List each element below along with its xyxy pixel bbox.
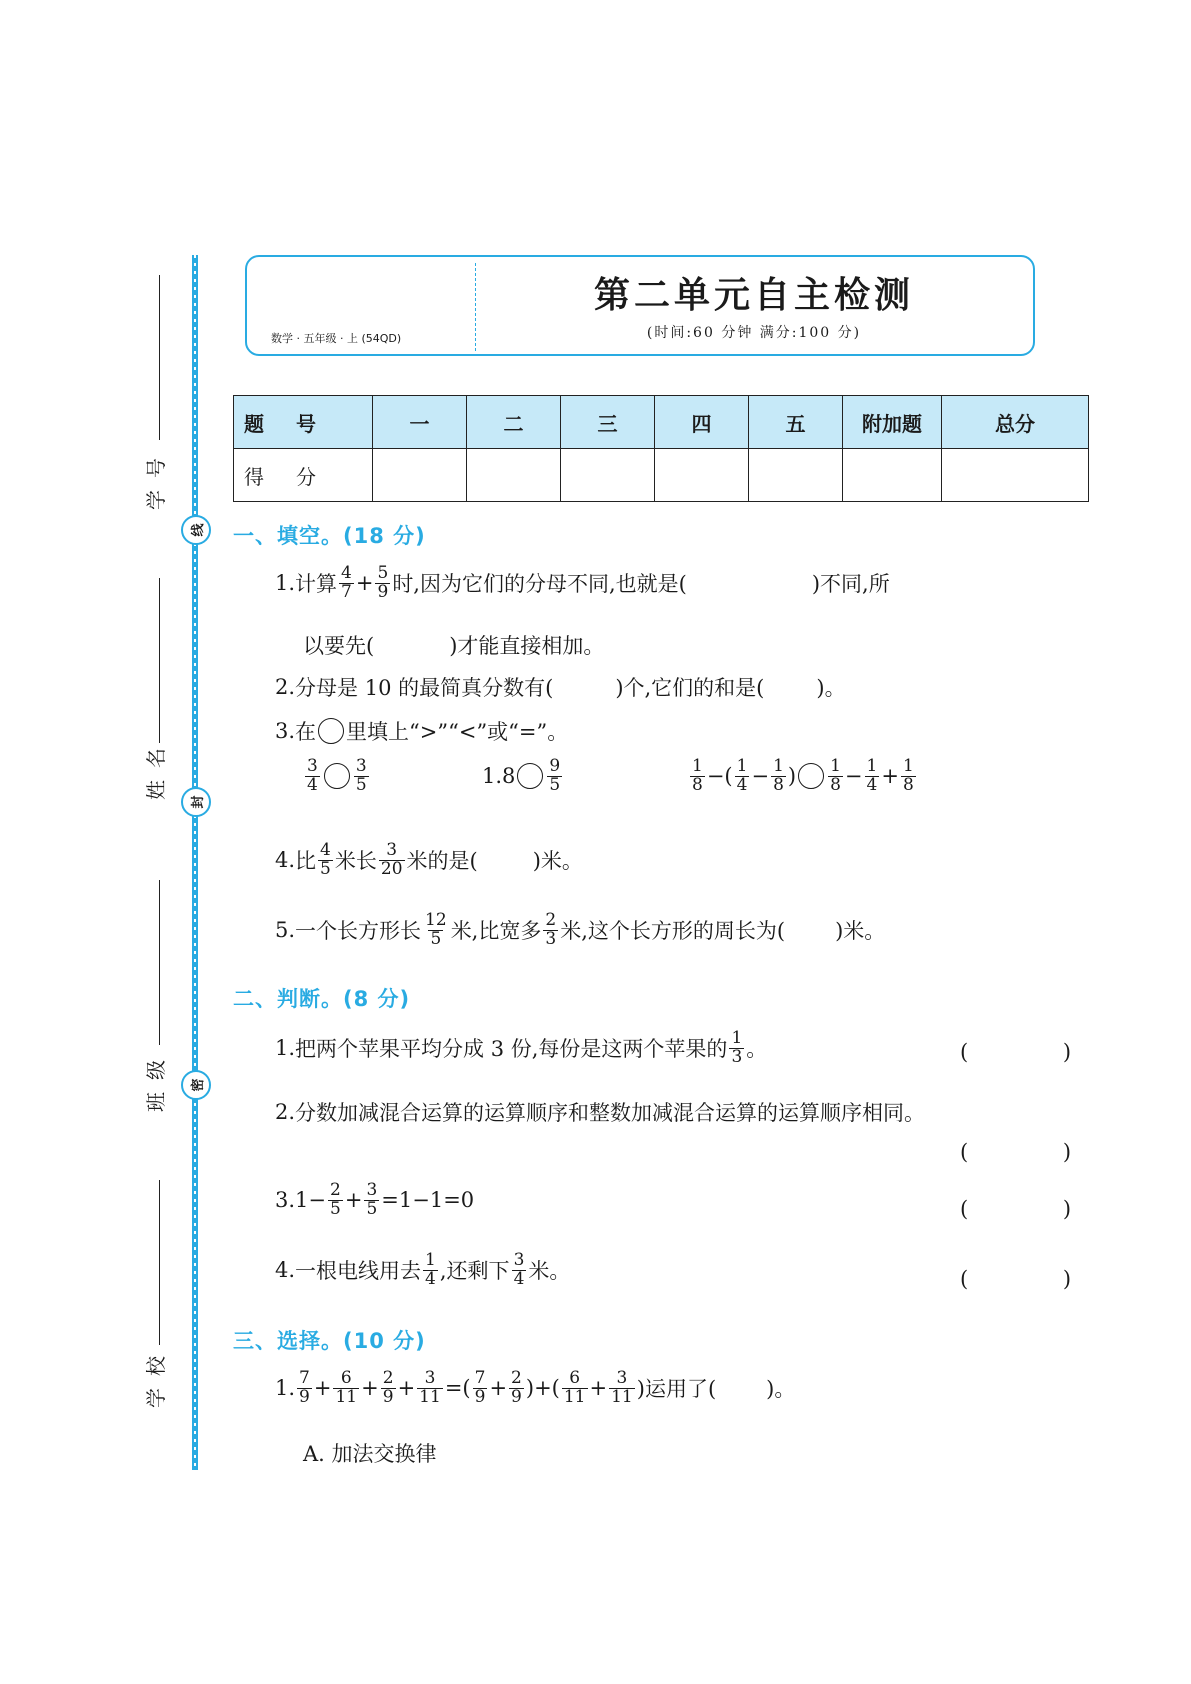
student-id-line[interactable]	[159, 275, 160, 440]
judge-q4: 4. 一根电线用去 14 ,还剩下 34 米。	[275, 1252, 570, 1289]
col-5: 五	[749, 396, 843, 449]
judge-answer-4[interactable]: ( )	[960, 1267, 1115, 1291]
score-table: 题号 一 二 三 四 五 附加题 总分 得分	[233, 395, 1089, 502]
judge-q2: 2. 分数加减混合运算的运算顺序和整数加减混合运算的运算顺序相同。	[275, 1097, 925, 1127]
name-line[interactable]	[159, 578, 160, 743]
col-bonus: 附加题	[843, 396, 942, 449]
compare-circle[interactable]	[798, 763, 824, 789]
circle-icon	[318, 718, 344, 744]
seal-xian: 线	[181, 515, 211, 545]
score-cell-1[interactable]	[373, 449, 467, 502]
q-text: )才能直接相加。	[449, 630, 604, 660]
fill-q2: 2. 分母是 10 的最简真分数有( )个,它们的和是( )。	[275, 672, 846, 702]
choice-option-a[interactable]: A. 加法交换律	[303, 1438, 437, 1468]
q-number: 1.	[275, 571, 295, 595]
col-2: 二	[467, 396, 561, 449]
judge-q3: 3. 1− 25 + 35 =1−1=0	[275, 1182, 474, 1219]
col-4: 四	[655, 396, 749, 449]
col-1: 一	[373, 396, 467, 449]
q-text: 在	[295, 716, 316, 746]
judge-answer-1[interactable]: ( )	[960, 1040, 1115, 1064]
class-line[interactable]	[159, 880, 160, 1045]
score-cell-bonus[interactable]	[843, 449, 942, 502]
score-cell-2[interactable]	[467, 449, 561, 502]
name-label: 姓名	[140, 736, 169, 800]
title-box: 数学 · 五年级 · 上 (54QD) 第二单元自主检测 (时间:60 分钟 满…	[245, 255, 1035, 356]
subject-tag: 数学 · 五年级 · 上 (54QD)	[271, 330, 401, 346]
q-text: 分母是 10 的最简真分数有(	[295, 672, 553, 702]
fill-q3: 3. 在 里填上“>”“<”或“=”。	[275, 716, 568, 746]
q-number: 2.	[275, 675, 295, 699]
fraction: 59	[375, 565, 390, 602]
q-text: )。	[816, 672, 845, 702]
q-text: 以要先(	[303, 630, 374, 660]
q-text: 时,因为它们的分母不同,也就是(	[392, 568, 687, 598]
fill-q1: 1. 计算 47 + 59 时,因为它们的分母不同,也就是( )不同,所	[275, 565, 890, 602]
fill-q5: 5. 一个长方形长 125 米,比宽多 23 米,这个长方形的周长为( )米。	[275, 912, 885, 949]
binding-dotted-line	[192, 255, 198, 1470]
section-heading-choice: 三、选择。(10 分)	[233, 1325, 426, 1355]
q-text: 里填上“>”“<”或“=”。	[346, 716, 568, 746]
score-cell-4[interactable]	[655, 449, 749, 502]
judge-answer-2[interactable]: ( )	[960, 1140, 1115, 1164]
seal-feng: 封	[181, 787, 211, 817]
compare-1: 34 35	[303, 758, 371, 795]
operator: +	[356, 571, 374, 595]
score-cell-total[interactable]	[942, 449, 1089, 502]
compare-circle[interactable]	[517, 763, 543, 789]
row-label-question-no: 题号	[234, 396, 373, 449]
q-text: 计算	[295, 568, 337, 598]
page-title: 第二单元自主检测	[475, 267, 1033, 318]
col-total: 总分	[942, 396, 1089, 449]
fraction: 47	[339, 565, 354, 602]
row-label-score: 得分	[234, 449, 373, 502]
class-label: 班级	[140, 1048, 169, 1112]
exam-meta: (时间:60 分钟 满分:100 分)	[475, 322, 1033, 342]
student-id-label: 学号	[140, 446, 169, 510]
col-3: 三	[561, 396, 655, 449]
fill-q1-line2: 以要先( )才能直接相加。	[303, 630, 604, 660]
choice-q1: 1. 79 + 611 + 29 + 311 =( 79 + 29 )+( 61…	[275, 1370, 795, 1407]
score-cell-3[interactable]	[561, 449, 655, 502]
judge-answer-3[interactable]: ( )	[960, 1197, 1115, 1221]
compare-3: 18 −( 14 − 18 ) 18 − 14 + 18	[688, 758, 918, 795]
score-cell-5[interactable]	[749, 449, 843, 502]
section-heading-judge: 二、判断。(8 分)	[233, 983, 410, 1013]
q-number: 3.	[275, 719, 295, 743]
q-text: )个,它们的和是(	[615, 672, 764, 702]
compare-2: 1.8 95	[482, 758, 564, 795]
school-label: 学校	[140, 1344, 169, 1408]
compare-circle[interactable]	[324, 763, 350, 789]
school-line[interactable]	[159, 1180, 160, 1345]
seal-mi: 密	[181, 1070, 211, 1100]
fill-q4: 4. 比 45 米长 320 米的是( )米。	[275, 842, 583, 879]
judge-q1: 1. 把两个苹果平均分成 3 份,每份是这两个苹果的 13 。	[275, 1030, 767, 1067]
score-table-header-row: 题号 一 二 三 四 五 附加题 总分	[234, 396, 1089, 449]
section-heading-fill-in: 一、填空。(18 分)	[233, 520, 426, 550]
q-text: )不同,所	[812, 568, 890, 598]
score-table-score-row: 得分	[234, 449, 1089, 502]
